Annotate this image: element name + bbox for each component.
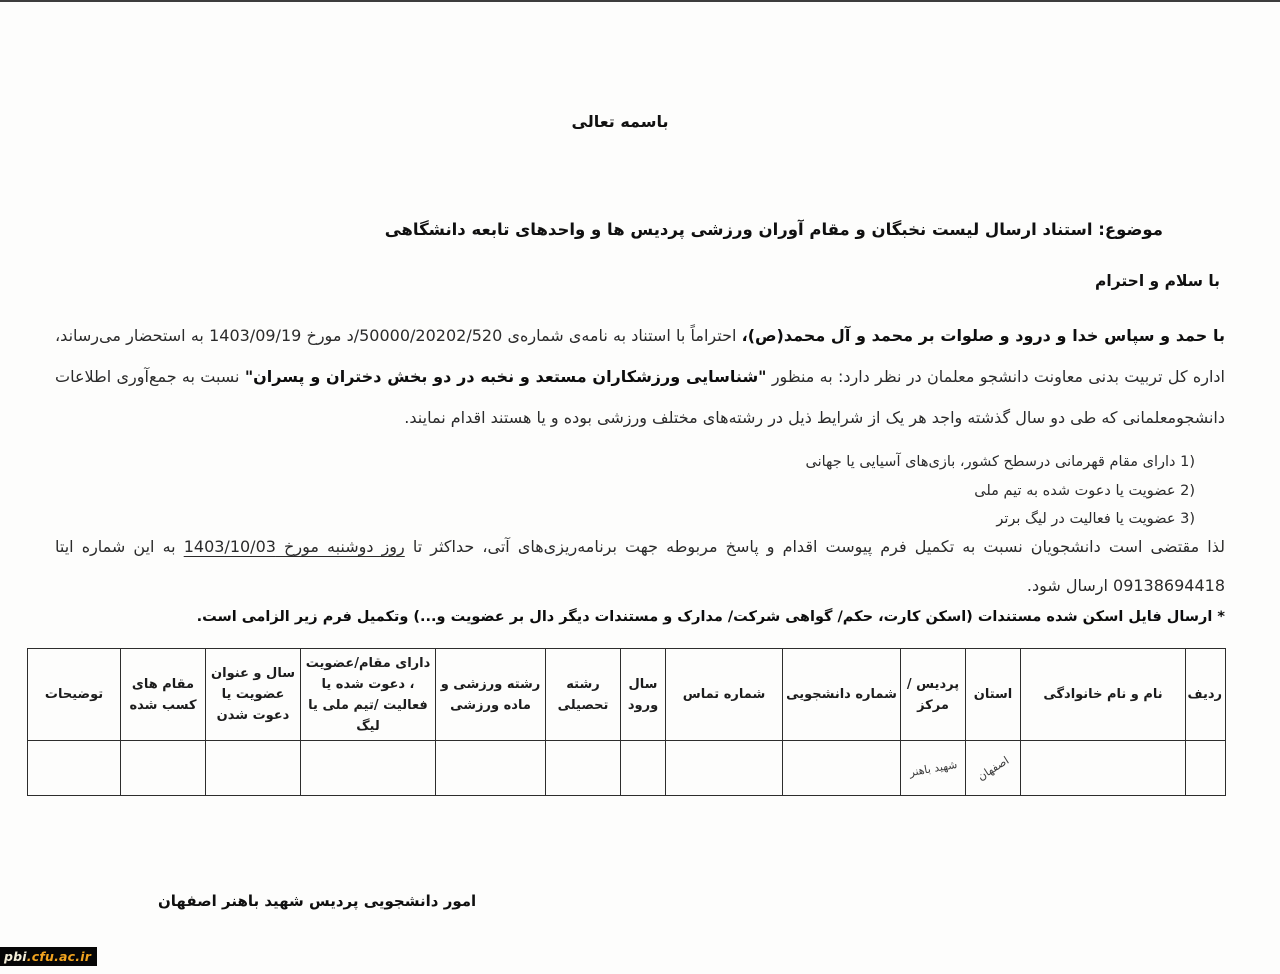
- cell-contact-number: [666, 741, 783, 796]
- salutation-line: با سلام و احترام: [1095, 272, 1220, 290]
- scan-top-edge-line: [0, 0, 1280, 2]
- cell-full-name: [1021, 741, 1186, 796]
- condition-number-2: 2): [1180, 477, 1195, 506]
- signature-line: امور دانشجویی پردیس شهید باهنر اصفهان: [158, 892, 476, 910]
- col-sport-field: رشته ورزشی و ماده ورزشی: [436, 649, 546, 741]
- province-value: اصفهان: [975, 753, 1011, 782]
- scan-requirement-note: * ارسال فایل اسکن شده مستندات (اسکن کارت…: [30, 609, 1225, 625]
- site-watermark: pbi.cfu.ac.ir: [0, 947, 97, 966]
- cell-achievements: [121, 741, 206, 796]
- cell-province: اصفهان: [966, 741, 1021, 796]
- cell-membership-year: [206, 741, 301, 796]
- table-data-row: اصفهان شهید باهنر: [28, 741, 1226, 796]
- col-campus-center: پردیس / مرکز: [901, 649, 966, 741]
- cell-campus-center: شهید باهنر: [901, 741, 966, 796]
- condition-item-2: 2) عضویت یا دعوت شده به تیم ملی: [806, 477, 1195, 506]
- conditions-list: 1) دارای مقام قهرمانی درسطح کشور، بازی‌ه…: [806, 448, 1195, 534]
- condition-text-2: عضویت یا دعوت شده به تیم ملی: [974, 483, 1175, 499]
- cell-entry-year: [621, 741, 666, 796]
- col-membership-status: دارای مقام/عضویت ، دعوت شده یا فعالیت /ت…: [301, 649, 436, 741]
- deadline-paragraph: لذا مقتضی است دانشجویان نسبت به تکمیل فر…: [55, 527, 1225, 605]
- col-membership-year-title: سال و عنوان عضویت یا دعوت شدن: [206, 649, 301, 741]
- col-achievements: مقام های کسب شده: [121, 649, 206, 741]
- cell-study-field: [546, 741, 621, 796]
- condition-text-3: عضویت یا فعالیت در لیگ برتر: [996, 511, 1175, 527]
- cell-sport-field: [436, 741, 546, 796]
- table-header-row: ردیف نام و نام خانوادگی استان پردیس / مر…: [28, 649, 1226, 741]
- watermark-prefix: pbi: [4, 949, 27, 964]
- col-province: استان: [966, 649, 1021, 741]
- athletes-info-table: ردیف نام و نام خانوادگی استان پردیس / مر…: [27, 648, 1226, 796]
- program-title-bold: "شناسایی ورزشکاران مستعد و نخبه در دو بخ…: [245, 367, 767, 386]
- col-student-id: شماره دانشجویی: [783, 649, 901, 741]
- condition-number-1: 1): [1180, 448, 1195, 477]
- condition-item-1: 1) دارای مقام قهرمانی درسطح کشور، بازی‌ه…: [806, 448, 1195, 477]
- col-entry-year: سال ورود: [621, 649, 666, 741]
- subject-line: موضوع: استناد ارسال لیست نخبگان و مقام آ…: [385, 220, 1163, 239]
- besmele-heading: باسمه تعالی: [0, 112, 1240, 131]
- cell-notes: [28, 741, 121, 796]
- cell-row-number: [1186, 741, 1226, 796]
- praise-opening-bold: با حمد و سپاس خدا و درود و صلوات بر محمد…: [742, 326, 1225, 345]
- watermark-domain: .cfu.ac.ir: [27, 949, 91, 964]
- col-study-field: رشته تحصیلی: [546, 649, 621, 741]
- body-paragraph-1: با حمد و سپاس خدا و درود و صلوات بر محمد…: [55, 315, 1225, 438]
- deadline-lead-text: لذا مقتضی است دانشجویان نسبت به تکمیل فر…: [405, 537, 1225, 556]
- scanned-letter-page: باسمه تعالی موضوع: استناد ارسال لیست نخب…: [0, 0, 1280, 974]
- cell-membership-status: [301, 741, 436, 796]
- campus-value: شهید باهنر: [908, 757, 958, 778]
- cell-student-id: [783, 741, 901, 796]
- condition-text-1: دارای مقام قهرمانی درسطح کشور، بازی‌های …: [806, 454, 1176, 470]
- col-notes: توضیحات: [28, 649, 121, 741]
- col-contact-number: شماره تماس: [666, 649, 783, 741]
- col-full-name: نام و نام خانوادگی: [1021, 649, 1186, 741]
- deadline-date-underlined: روز دوشنبه مورخ 1403/10/03: [184, 537, 405, 556]
- col-row-number: ردیف: [1186, 649, 1226, 741]
